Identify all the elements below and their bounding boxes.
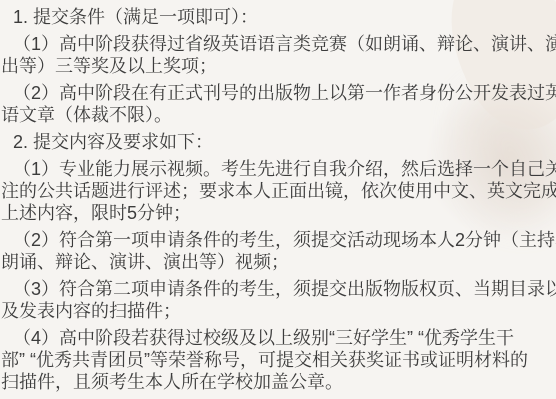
text-line: （1）专业能力展示视频。考生先进行自我介绍，然后选择一个自己关 [0,158,556,180]
text-line: （1）高中阶段获得过省级英语语言类竞赛（如朗诵、辩论、演讲、演 [0,33,556,55]
text-line: （3）符合第二项申请条件的考生，须提交出版物版权页、当期目录以 [0,278,556,300]
text-line: 朗诵、辩论、演讲、演出等）视频； [0,251,556,273]
text-line: 2. 提交内容及要求如下： [0,131,556,153]
paragraph-condition-1: （1）高中阶段获得过省级英语语言类竞赛（如朗诵、辩论、演讲、演 出等）三等奖及以… [0,33,556,77]
text-line: 及发表内容的扫描件； [0,300,556,322]
paragraph-submission-conditions-heading: 1. 提交条件（满足一项即可）： [0,6,556,28]
document-text: 1. 提交条件（满足一项即可）： （1）高中阶段获得过省级英语语言类竞赛（如朗诵… [0,0,556,393]
paragraph-requirement-1: （1）专业能力展示视频。考生先进行自我介绍，然后选择一个自己关 注的公共话题进行… [0,158,556,224]
paragraph-requirement-2: （2）符合第一项申请条件的考生，须提交活动现场本人2分钟（主持、 朗诵、辩论、演… [0,229,556,273]
text-line: （2）高中阶段在有正式刊号的出版物上以第一作者身份公开发表过英 [0,82,556,104]
paragraph-requirement-3: （3）符合第二项申请条件的考生，须提交出版物版权页、当期目录以 及发表内容的扫描… [0,278,556,322]
text-line: （4）高中阶段若获得过校级及以上级别“三好学生” “优秀学生干 [0,327,556,349]
paragraph-condition-2: （2）高中阶段在有正式刊号的出版物上以第一作者身份公开发表过英 语文章（体裁不限… [0,82,556,126]
text-line: 部” “优秀共青团员”等荣誉称号，可提交相关获奖证书或证明材料的 [0,349,556,371]
text-line: 扫描件，且须考生本人所在学校加盖公章。 [0,371,556,393]
text-line: 注的公共话题进行评述；要求本人正面出镜，依次使用中文、英文完成 [0,180,556,202]
paragraph-submission-content-heading: 2. 提交内容及要求如下： [0,131,556,153]
text-line: 语文章（体裁不限）。 [0,104,556,126]
text-line: 出等）三等奖及以上奖项； [0,55,556,77]
text-line: 1. 提交条件（满足一项即可）： [0,6,556,28]
text-line: 上述内容，限时5分钟； [0,202,556,224]
text-line: （2）符合第一项申请条件的考生，须提交活动现场本人2分钟（主持、 [0,229,556,251]
paragraph-requirement-4: （4）高中阶段若获得过校级及以上级别“三好学生” “优秀学生干 部” “优秀共青… [0,327,556,393]
